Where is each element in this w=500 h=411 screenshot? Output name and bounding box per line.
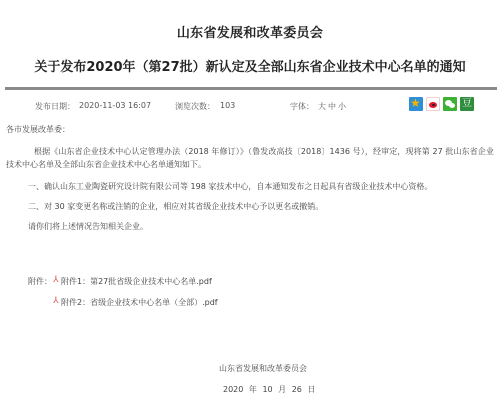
font-size-label: 字体：: [290, 101, 314, 112]
organization-title: 山东省发展和改革委员会: [0, 22, 500, 41]
body-item-2: 二、对 30 家变更名称或注销的企业，相应对其省级企业技术中心予以更名或撤销。: [28, 201, 500, 213]
views-label: 浏览次数：: [175, 101, 215, 112]
body-closing: 请你们将上述情况告知相关企业。: [28, 221, 500, 233]
favorite-icon[interactable]: [409, 97, 423, 111]
body-paragraph: 根据《山东省企业技术中心认定管理办法（2018 年修订）》（鲁发改高技〔2018…: [6, 145, 494, 171]
signature-org: 山东省发展和改革委员会: [219, 363, 307, 374]
font-size-small-button[interactable]: 小: [338, 101, 346, 112]
font-size-large-button[interactable]: 大: [318, 101, 326, 112]
page-title: 关于发布2020年（第27批）新认定及全部山东省企业技术中心名单的通知: [0, 56, 500, 75]
views-count: 103: [220, 101, 235, 110]
douban-icon[interactable]: [460, 97, 474, 111]
article-meta: 发布日期： 2020-11-03 16:07 浏览次数： 103 字体： 大 中…: [0, 99, 500, 113]
wechat-icon[interactable]: [443, 97, 457, 111]
pdf-icon: [53, 298, 60, 306]
font-size-medium-button[interactable]: 中: [328, 101, 336, 112]
publish-date-label: 发布日期：: [35, 101, 75, 112]
signature-date: 2020 年 10 月 26 日: [223, 384, 315, 395]
attachment-2-link[interactable]: 附件2：省级企业技术中心名单（全部）.pdf: [61, 298, 218, 307]
attachment-1: 附件1：第27批省级企业技术中心名单.pdf: [53, 276, 212, 287]
salutation: 各市发展改革委：: [6, 124, 494, 136]
attachments-label: 附件：: [28, 276, 52, 287]
attachment-2: 附件2：省级企业技术中心名单（全部）.pdf: [53, 297, 218, 308]
body-item-1: 一、确认山东工业陶瓷研究设计院有限公司等 198 家技术中心，自本通知发布之日起…: [28, 181, 500, 193]
publish-date: 2020-11-03 16:07: [79, 101, 151, 110]
weibo-icon[interactable]: [426, 97, 440, 111]
title-divider: [5, 87, 497, 90]
pdf-icon: [53, 277, 60, 285]
attachment-1-link[interactable]: 附件1：第27批省级企业技术中心名单.pdf: [61, 277, 212, 286]
